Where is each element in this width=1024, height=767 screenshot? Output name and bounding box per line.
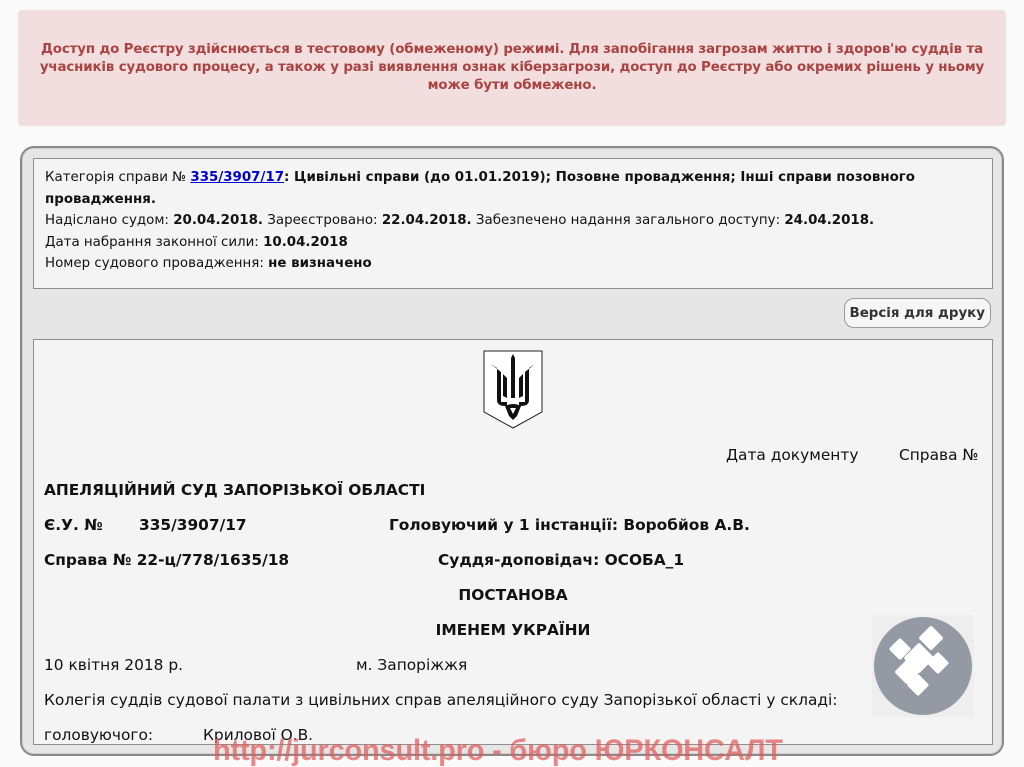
eu-label: Є.У. №	[44, 516, 103, 534]
document-subtitle: ІМЕНЕМ УКРАЇНИ	[34, 621, 992, 639]
category-line: Категорія справи № 335/3907/17: Цивільні…	[45, 167, 981, 210]
decision-panel: Категорія справи № 335/3907/17: Цивільні…	[20, 146, 1004, 756]
effective-date: 10.04.2018	[263, 235, 348, 250]
presiding-label: головуючого:	[44, 726, 153, 744]
header-case-label: Справа №	[899, 446, 978, 464]
access-label: Забезпечено надання загального доступу:	[472, 213, 785, 228]
case-number: Справа № 22-ц/778/1635/18	[44, 551, 289, 569]
sent-date: 20.04.2018.	[173, 213, 263, 228]
document-body: Дата документу Справа № АПЕЛЯЦІЙНИЙ СУД …	[33, 339, 993, 745]
ukraine-trident-icon	[483, 350, 543, 430]
proceeding-value: не визначено	[268, 256, 372, 271]
document-title: ПОСТАНОВА	[34, 586, 992, 604]
proceeding-line: Номер судового провадження: не визначено	[45, 253, 981, 275]
category-label: Категорія справи №	[45, 170, 190, 185]
dates-line: Надіслано судом: 20.04.2018. Зареєстрова…	[45, 210, 981, 232]
panel-composition: Колегія суддів судової палати з цивільни…	[44, 691, 837, 709]
proceeding-label: Номер судового провадження:	[45, 256, 268, 271]
case-number-link[interactable]: 335/3907/17	[190, 170, 284, 185]
print-version-button[interactable]: Версія для друку	[844, 298, 992, 328]
registered-date: 22.04.2018.	[382, 213, 472, 228]
access-warning-alert: Доступ до Реєстру здійснюється в тестово…	[18, 10, 1006, 126]
decision-city: м. Запоріжжя	[356, 656, 467, 674]
eu-value: 335/3907/17	[139, 516, 247, 534]
puzzle-circle-icon[interactable]	[872, 615, 974, 717]
header-date-label: Дата документу	[726, 446, 858, 464]
access-date: 24.04.2018.	[784, 213, 874, 228]
case-info-box: Категорія справи № 335/3907/17: Цивільні…	[33, 158, 993, 289]
alert-text: Доступ до Реєстру здійснюється в тестово…	[34, 41, 990, 95]
decision-date: 10 квітня 2018 р.	[44, 656, 183, 674]
reporter-judge: Суддя-доповідач: ОСОБА_1	[438, 551, 684, 569]
watermark-text: http://jurconsult.pro - бюро ЮРКОНСАЛТ	[213, 735, 783, 767]
effective-label: Дата набрання законної сили:	[45, 235, 263, 250]
court-name: АПЕЛЯЦІЙНИЙ СУД ЗАПОРІЗЬКОЇ ОБЛАСТІ	[44, 481, 425, 499]
registered-label: Зареєстровано:	[263, 213, 382, 228]
sent-label: Надіслано судом:	[45, 213, 173, 228]
first-instance-presiding: Головуючий у 1 інстанції: Воробйов А.В.	[389, 516, 750, 534]
effective-line: Дата набрання законної сили: 10.04.2018	[45, 232, 981, 254]
